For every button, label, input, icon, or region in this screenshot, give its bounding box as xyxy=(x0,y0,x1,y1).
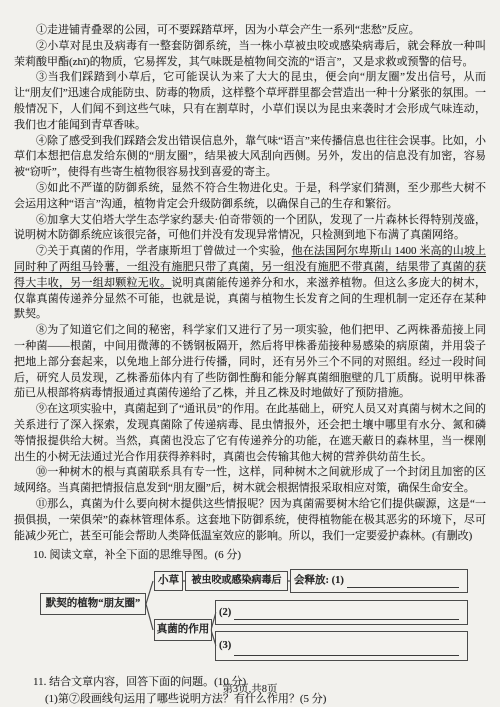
paragraph-10: ⑩一种树木的根与真菌联系具有专一性，这样，同种树木之间就形成了一个封闭且加密的区… xyxy=(14,465,486,497)
paragraph-11: ⑪那么，真菌为什么要向树木提供这些情报呢？因为真菌需要树木给它们提供碳源，这是“… xyxy=(14,497,486,544)
paragraph-3: ③当我们踩踏到小草后，它可能误认为来了大大的昆虫，便会向“朋友圈”发出信号，从而… xyxy=(14,70,486,133)
mindmap-item3-box: (3) xyxy=(215,631,468,661)
release-label: 会释放: (1) xyxy=(294,575,344,587)
paragraph-7-lead: ⑦关于真菌的作用，学者康斯坦丁曾做过一个实验， xyxy=(36,245,292,257)
mindmap-release-box: 会释放: (1) xyxy=(290,569,468,593)
mindmap-diagram: 默契的植物“朋友圈” 小草 被虫咬或感染病毒后 会释放: (1) 真菌的作用 (… xyxy=(14,567,486,666)
paragraph-6: ⑥加拿大艾伯塔大学生态学家约瑟夫·伯奇带领的一个团队，发现了一片森林长得特别茂盛… xyxy=(14,213,486,245)
paragraph-1: ①走进铺青叠翠的公园，可不要踩踏草坪，因为小草会产生一系列“悲愁”反应。 xyxy=(14,23,486,39)
paragraph-7: ⑦关于真菌的作用，学者康斯坦丁曾做过一个实验，他在法国阿尔卑斯山 1400 米高… xyxy=(14,244,486,323)
paragraph-9: ⑨在这项实验中，真菌起到了“通讯员”的作用。在此基础上，研究人员又对真菌与树木之… xyxy=(14,402,486,465)
paragraph-2: ②小草对昆虫及病毒有一整套防御系统，当一株小草被虫咬或感染病毒后，就会释放一种叫… xyxy=(14,39,486,71)
mindmap-root-box: 默契的植物“朋友圈” xyxy=(40,593,146,615)
article-text: ①走进铺青叠翠的公园，可不要踩踏草坪，因为小草会产生一系列“悲愁”反应。 ②小草… xyxy=(0,0,500,707)
mindmap-fungus-box: 真菌的作用 xyxy=(154,619,212,641)
mindmap-item2-box: (2) xyxy=(215,600,468,625)
item2-label: (2) xyxy=(219,607,231,619)
mindmap-grass-box: 小草 xyxy=(154,571,183,591)
item3-label: (3) xyxy=(219,640,231,652)
question-10: 10. 阅读文章，补全下面的思维导图。(6 分) xyxy=(14,548,486,564)
paragraph-8: ⑧为了知道它们之间的秘密，科学家们又进行了另一项实验，他们把甲、乙两株番茄接上同… xyxy=(14,323,486,402)
exam-page: ①走进铺青叠翠的公园，可不要踩踏草坪，因为小草会产生一系列“悲愁”反应。 ②小草… xyxy=(0,0,500,707)
blank-line-2 xyxy=(234,618,459,620)
paragraph-4: ④除了感受到我们踩踏会发出错误信息外，靠气味“语言”来传播信息也往往会误事。比如… xyxy=(14,134,486,181)
page-footer: 第3页,共8页 xyxy=(0,681,500,696)
blank-line-1 xyxy=(347,586,459,588)
paragraph-5: ⑤如此不严谨的防御系统，显然不符合生物进化史。于是，科学家们猜测，至少那些大树不… xyxy=(14,181,486,213)
mindmap-condition-box: 被虫咬或感染病毒后 xyxy=(185,571,288,591)
blank-line-3 xyxy=(234,654,459,656)
